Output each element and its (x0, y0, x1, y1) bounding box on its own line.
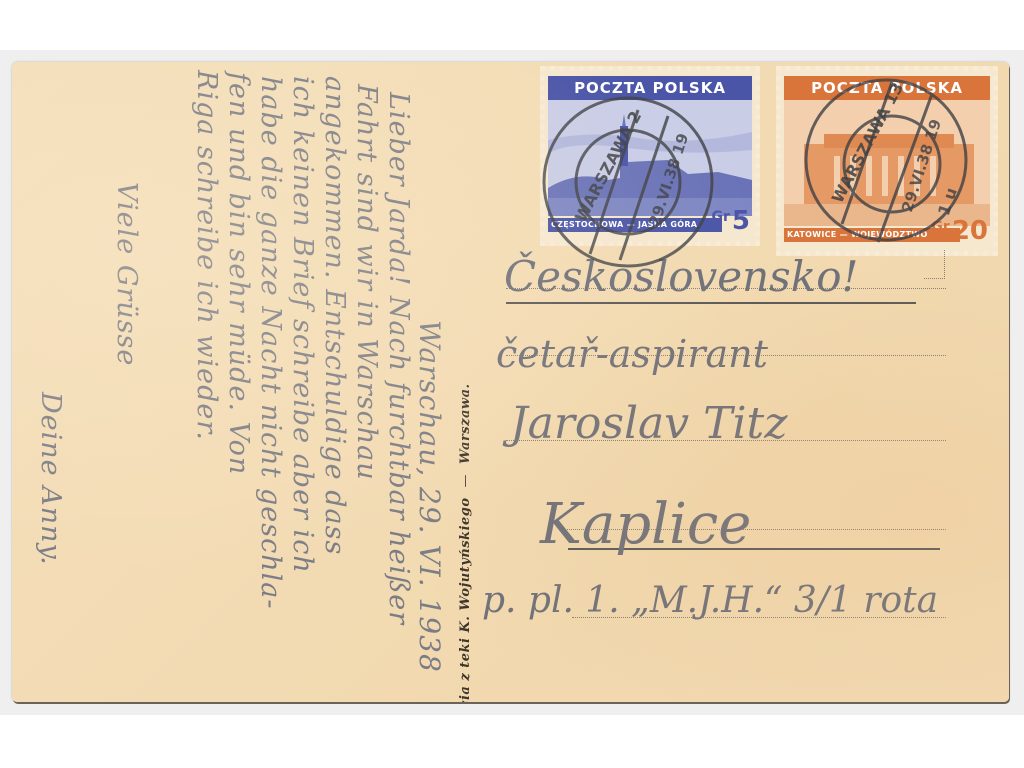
printed-caption: Zdjęcia z teki K. Wojutyńskiego—Warszawa… (458, 383, 473, 702)
stamp-value: Gr5 (712, 204, 751, 234)
address-unit: p. pl. 1. „M.J.H.“ 3/1 rota (482, 580, 938, 621)
caption-separator: — (458, 474, 473, 488)
stamp-5-groszy: POCZTA POLSKA CZĘSTOCHOWA — JASNA GÓRA G… (540, 66, 760, 246)
message-line: ich keinen Brief schreibe aber ich (287, 76, 318, 574)
message-place-date: Warschau, 29. VI. 1938 (413, 320, 446, 673)
address-rank: četař-aspirant (496, 332, 768, 376)
stamp-currency: Gr (931, 219, 949, 235)
stamp-value: Gr20 (931, 214, 988, 244)
address-name: Jaroslav Titz (510, 398, 787, 449)
stamp-header: POCZTA POLSKA (548, 76, 752, 100)
message-line: Fahrt sind wir in Warschau (351, 84, 382, 481)
message-line: Lieber Jarda! Nach furchtbar heißer (383, 92, 414, 625)
stamp-20-groszy: POCZTA POLSKA KATOWICE — WOJEWÓDZTWO G (776, 66, 998, 256)
country-underline (506, 302, 916, 304)
address-town: Kaplice (540, 492, 751, 557)
publisher-city: Warszawa. (458, 383, 473, 464)
stamp-header: POCZTA POLSKA (784, 76, 990, 100)
stamp-currency: Gr (712, 209, 730, 225)
photo-credit: Zdjęcia z teki K. Wojutyńskiego (458, 497, 473, 702)
stamp-illustration-katowice (784, 100, 990, 226)
message-line: fen und bin sehr müde. Von (223, 72, 254, 475)
message-signature: Deine Anny. (35, 392, 66, 566)
stamp-box-outline (924, 250, 945, 279)
message-line: habe die ganze Nacht nicht geschla- (255, 76, 286, 610)
postcard: Zdjęcia z teki K. Wojutyńskiego—Warszawa… (12, 62, 1009, 702)
address-country: Československo! (504, 252, 858, 301)
message-line: Riga schreibe ich wieder. (191, 70, 222, 441)
message-line: angekommen. Entschuldige dass (319, 76, 350, 555)
message-closing: Viele Grüsse (111, 182, 142, 366)
stamp-inscription: CZĘSTOCHOWA — JASNA GÓRA (548, 218, 722, 232)
stamp-illustration-jasna-gora (548, 100, 752, 216)
